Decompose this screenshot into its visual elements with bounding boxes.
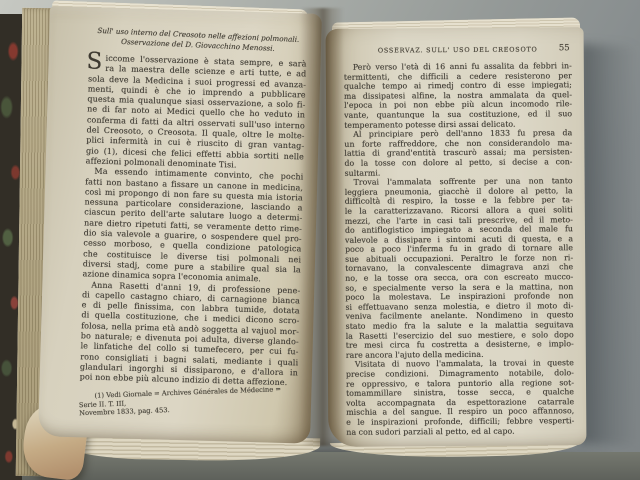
text-line: na con sudori parziali al petto, ed al c… [346,426,574,437]
table-surface [0,452,640,480]
left-page: Sull' uso interno del Creosoto nelle aff… [38,6,322,443]
text-line: do la tosse con dolore al petto, si deci… [344,157,572,168]
text-line: vante, quantunque la sua costituzione, e… [344,109,572,120]
book-cast-shadow-right [578,44,638,446]
drop-cap-initial: S [86,51,102,72]
left-page-content: Sull' uso interno del Creosoto nelle aff… [79,27,308,423]
right-page-running-title: OSSERVAZ. SULL' USO DEL CREOSOTO 55 [344,45,572,59]
page-number: 55 [559,43,570,53]
right-page-content: OSSERVAZ. SULL' USO DEL CREOSOTO 55 Però… [344,45,575,437]
text-line: e le inspirazioni profonde, difficili; f… [346,416,574,427]
left-page-running-title: Sull' uso interno del Creosoto nelle aff… [89,26,308,55]
left-page-footnote: (1) Vedi Giornale = Archives Générales d… [78,384,297,417]
right-page-body-text: Però verso l'età di 16 anni fu assalita … [344,61,575,437]
left-page-body-text: S iccome l'osservazione è stata sempre, … [80,53,307,388]
running-title-text: OSSERVAZ. SULL' USO DEL CREOSOTO [378,45,538,54]
right-page: OSSERVAZ. SULL' USO DEL CREOSOTO 55 Però… [326,27,587,447]
book-photo-scene: Sull' uso interno del Creosoto nelle aff… [0,0,640,480]
text-line: tre mesi circa fu costretta a desisterne… [346,339,574,350]
